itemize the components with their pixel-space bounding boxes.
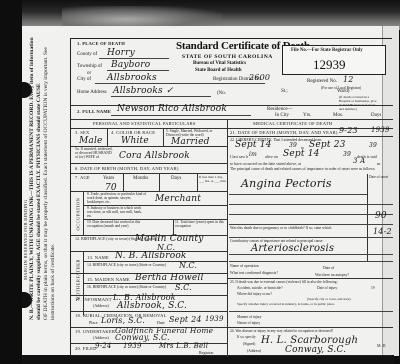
registrar-label: Registrar bbox=[199, 350, 214, 355]
sex-value: Male bbox=[79, 136, 103, 146]
hospital-note: (If death occurred in a Hospital or Inst… bbox=[339, 95, 379, 111]
father-birthplace-value: N.C. bbox=[179, 261, 197, 270]
margin-reserved-label: MARGIN RESERVED FOR BINDING bbox=[22, 30, 29, 320]
burial-place-value: Loris, S.C. bbox=[101, 316, 145, 325]
registered-no-label: Registered No. bbox=[307, 79, 337, 84]
onset-value-1: 90 bbox=[375, 211, 387, 221]
informant-address-label: (Address) bbox=[93, 303, 109, 308]
city-value: Allsbrooks bbox=[107, 73, 157, 83]
residence-label: Residence— bbox=[267, 107, 293, 112]
personal-heading: PERSONAL AND STATISTICAL PARTICULARS bbox=[93, 121, 196, 126]
dob-label: 6. DATE OF BIRTH (Month, day, and year) bbox=[75, 166, 179, 171]
last-saw-date: Sept 14 bbox=[283, 149, 320, 159]
or-label: or bbox=[87, 71, 91, 76]
filed-value: 9-24 bbox=[95, 342, 112, 350]
operation-label: Name of operation bbox=[230, 264, 258, 268]
external-label: 23. If death was due to external causes … bbox=[230, 280, 338, 284]
age-label: 7. AGE bbox=[75, 175, 90, 180]
margin-instructions: MARGIN RESERVED FOR BINDING N. B.—WRITE … bbox=[22, 30, 57, 320]
burial-year-value: 1939 bbox=[205, 315, 224, 323]
last-saw-year: 39 bbox=[343, 151, 351, 158]
accident-label: Accident, suicide, or homicide? bbox=[237, 286, 283, 290]
autopsy-label: Was there an autopsy? bbox=[315, 273, 349, 277]
place-of-death-heading: 1. PLACE OF DEATH bbox=[77, 41, 125, 46]
undertaker-address-label: (Address) bbox=[93, 335, 109, 340]
occurred-label: to have occurred on the date stated abov… bbox=[230, 161, 301, 166]
principal-cause-label: The principal cause of death and related… bbox=[230, 167, 390, 171]
father-birthplace-label: 14. BIRTHPLACE (city or town) (State or … bbox=[87, 263, 166, 267]
date-of-death-year: 1939 bbox=[371, 126, 390, 134]
attended-from-value: Sept 14 bbox=[235, 140, 272, 150]
specify-city-label: (Specify city or town, and state) bbox=[307, 297, 351, 301]
occupation-related-label: 24. Was disease or injury in any way rel… bbox=[230, 329, 333, 333]
time-value: 3 A bbox=[353, 157, 365, 165]
home-address-label: Home Address bbox=[77, 90, 107, 95]
spouse-label: 5a. If married, widowed, or divorced HUS… bbox=[75, 147, 115, 160]
last-saw-label: I last saw h bbox=[230, 154, 248, 159]
mother-birthplace-label: 16. BIRTHPLACE (city or town) (State or … bbox=[87, 285, 166, 289]
onset-value-2: 14-2 bbox=[373, 227, 392, 236]
scan-bottom-border bbox=[22, 355, 394, 364]
injury-date-label: Date of injury bbox=[317, 286, 337, 290]
if-so-label: If so, specify bbox=[237, 335, 256, 339]
attended-to-year: 39 bbox=[369, 142, 377, 149]
no-label: (No. bbox=[217, 91, 226, 96]
signed-label: (Signed) bbox=[243, 342, 255, 346]
informant-label: 17. INFORMANT bbox=[75, 297, 112, 302]
margin-line-2: OF DEATH in plain terms, so that it may … bbox=[43, 47, 56, 320]
specify-where-label: Specify whether injury occurred in indus… bbox=[237, 302, 335, 306]
date-onset-label: Date of onset bbox=[369, 175, 388, 179]
months-label: Months bbox=[133, 176, 148, 181]
trade-value: Merchant bbox=[155, 194, 201, 204]
registered-no-value: 12 bbox=[343, 75, 354, 84]
date-of-label: Date of bbox=[323, 266, 334, 270]
time-suffix: m. bbox=[377, 161, 381, 166]
sex-label: 3. SEX bbox=[75, 130, 89, 135]
date-of-death-value: 9-23 bbox=[339, 126, 358, 135]
attended-from-year: 39 bbox=[289, 142, 297, 149]
md-label: M. D. bbox=[377, 343, 386, 348]
mother-birthplace-value: S.C. bbox=[175, 283, 192, 292]
township-label: Township of bbox=[77, 64, 102, 69]
certificate-form: 1. PLACE OF DEATH County of Horry Townsh… bbox=[70, 38, 392, 356]
years-label: Years bbox=[103, 176, 114, 181]
burial-date-value: Sept 24 bbox=[169, 315, 202, 324]
alive-on-label: alive on bbox=[265, 154, 278, 159]
total-time-label: 11. Total time (years) spent in this occ… bbox=[175, 220, 225, 228]
race-value: White bbox=[121, 136, 149, 146]
where-label: Where did injury occur? bbox=[237, 292, 272, 296]
less-than-day-label: If less than 1 day, ___ hrs. or ___ min. bbox=[199, 175, 227, 183]
filed-label: 20. FILED bbox=[75, 346, 97, 351]
pregnancy-label: Was this death due to pregnancy or to ch… bbox=[230, 226, 366, 231]
days-label: Days bbox=[171, 176, 181, 181]
margin-line-1: N. B.—WRITE PLAINLY, WITH UNFADING INK—T… bbox=[29, 37, 42, 320]
race-label: 4. COLOR OR RACE bbox=[111, 130, 155, 135]
days-label: Days bbox=[371, 113, 381, 118]
county-label: County of bbox=[77, 52, 97, 57]
mother-maiden-label: 15. MAIDEN NAME bbox=[87, 277, 130, 282]
in-city-label: In City bbox=[275, 113, 289, 118]
scan-smudge bbox=[62, 6, 222, 28]
mother-maiden-value: Bertha Howell bbox=[135, 273, 204, 283]
manner-label: Manner of injury bbox=[237, 315, 262, 319]
confirmed-label: What test confirmed diagnosis? bbox=[230, 271, 278, 275]
county-value: Horry bbox=[107, 48, 135, 58]
mother-vertical-label: MOTHER bbox=[76, 271, 81, 301]
burial-place-label: Place bbox=[89, 320, 98, 325]
principal-cause-value: Angina Pectoris bbox=[241, 177, 332, 190]
marital-label: 5. Single, Married, Widowed, or Divorced… bbox=[166, 129, 226, 137]
industry-label: 9. Industry or business in which work wa… bbox=[87, 206, 147, 218]
registrar-signature: Mrs L.B. Bell bbox=[159, 342, 208, 350]
full-name-value: Newson Rico Allsbrook bbox=[117, 104, 227, 114]
physician-address-value: Conway, S.C. bbox=[285, 345, 346, 355]
contributory-value: Arteriosclerosis bbox=[251, 243, 334, 254]
nature-label: Nature of injury bbox=[237, 321, 260, 325]
date-of-death-label: 21. DATE OF DEATH (month, day, and year) bbox=[230, 130, 338, 135]
father-name-label: 13. NAME bbox=[87, 255, 109, 260]
last-worked-label: 10. Date deceased last worked at this oc… bbox=[87, 220, 147, 228]
registration-district-value: 2600 bbox=[249, 73, 270, 82]
st-label: St.; bbox=[281, 89, 288, 94]
home-address-value: Allsbrooks ✓ bbox=[113, 86, 174, 96]
township-value: Bayboro bbox=[111, 60, 150, 70]
burial-date-label: Date bbox=[157, 320, 165, 325]
full-name-label: 2. FULL NAME bbox=[77, 109, 111, 114]
spouse-value: Cora Allsbrook bbox=[119, 151, 190, 161]
last-saw-him: im bbox=[249, 151, 257, 158]
undertaker-address-value: Conway, S.C. bbox=[115, 333, 170, 342]
trade-label: 8. Trade, profession, or particular kind… bbox=[87, 192, 147, 204]
city-label: City of bbox=[77, 77, 91, 82]
medical-heading: MEDICAL CERTIFICATE OF DEATH bbox=[253, 121, 332, 126]
injury-year-label: 19 bbox=[371, 286, 375, 290]
yrs-label: Yrs. bbox=[303, 113, 311, 118]
filed-year-value: 1939 bbox=[123, 342, 142, 350]
mos-label: Mos. bbox=[333, 113, 343, 118]
local-registrar-note: (For use of Local Registrar) bbox=[321, 86, 361, 90]
informant-address-value: Allsbrook, S.C. bbox=[117, 301, 187, 311]
undertaker-label: 19. UNDERTAKER bbox=[75, 329, 115, 334]
occupation-vertical-label: OCCUPATION bbox=[76, 197, 81, 231]
physician-address-label: (Address) bbox=[247, 349, 261, 353]
father-name-value: N. B. Allsbrook bbox=[115, 251, 187, 261]
